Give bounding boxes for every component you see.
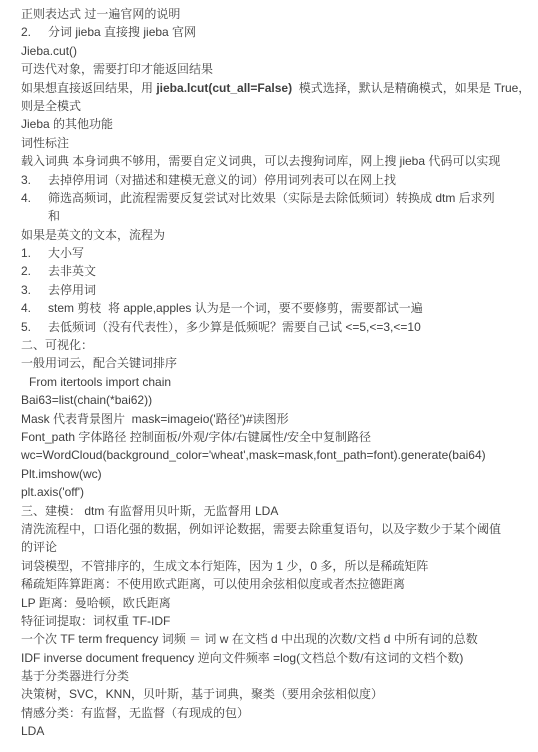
text-line: 清洗流程中，口语化强的数据，例如评论数据，需要去除重复语句，以及字数少于某个阈值 <box>21 520 528 538</box>
text-line: 5.去低频词（没有代表性），多少算是低频呢？需要自己试 <=5,<=3,<=10 <box>21 318 528 336</box>
text-line: Font_path 字体路径 控制面板/外观/字体/右键属性/安全中复制路径 <box>21 428 528 446</box>
text-line: 1.大小写 <box>21 244 528 262</box>
text-line: 4.筛选高频词，此流程需要反复尝试对比效果（实际是去除低频词）转换成 dtm 后… <box>21 189 528 207</box>
text-line: 3.去掉停用词（对描述和建模无意义的词）停用词列表可以在网上找 <box>21 171 528 189</box>
text-line: 则是全模式 <box>21 97 528 115</box>
document-page: 正则表达式 过一遍官网的说明2.分词 jieba 直接搜 jieba 官网Jie… <box>0 0 538 752</box>
text-segment: 三、建模： dtm 有监督用贝叶斯，无监督用 LDA <box>21 504 278 518</box>
text-segment: 模式选择，默认是精确模式，如果是 True， <box>292 81 530 95</box>
text-line: 三、建模： dtm 有监督用贝叶斯，无监督用 LDA <box>21 502 528 520</box>
text-segment: 一般用词云，配合关键词排序 <box>21 356 177 370</box>
text-line: Plt.imshow(wc) <box>21 465 528 483</box>
text-line: 词袋模型，不管排序的，生成文本行矩阵，因为 1 少，0 多，所以是稀疏矩阵 <box>21 557 528 575</box>
text-line: Mask 代表背景图片 mask=imageio('路径')#读图形 <box>21 410 528 428</box>
text-segment: 可迭代对象，需要打印才能返回结果 <box>21 62 213 76</box>
text-line: 和 <box>21 207 528 225</box>
text-segment: 特征词提取：词权重 TF-IDF <box>21 614 170 628</box>
text-segment: 筛选高频词，此流程需要反复尝试对比效果（实际是去除低频词）转换成 dtm 后求列 <box>48 191 495 205</box>
text-line: wc=WordCloud(background_color='wheat',ma… <box>21 446 528 464</box>
bold-text-segment: jieba.lcut(cut_all=False) <box>156 81 292 95</box>
text-line: 如果想直接返回结果，用 jieba.lcut(cut_all=False) 模式… <box>21 79 528 97</box>
text-line: 的评论 <box>21 538 528 556</box>
text-segment: Plt.imshow(wc) <box>21 467 102 481</box>
text-segment: 去非英文 <box>48 264 96 278</box>
text-line: IDF inverse document frequency 逆向文件频率 =l… <box>21 649 528 667</box>
text-line: 一个次 TF term frequency 词频 ＝ 词 w 在文档 d 中出现… <box>21 630 528 648</box>
text-segment: 去停用词 <box>48 283 96 297</box>
list-number: 4. <box>21 299 48 317</box>
text-segment: Font_path 字体路径 控制面板/外观/字体/右键属性/安全中复制路径 <box>21 430 371 444</box>
text-segment: 情感分类：有监督，无监督（有现成的包） <box>21 706 249 720</box>
text-line: 如果是英文的文本，流程为 <box>21 226 528 244</box>
text-segment: 正则表达式 过一遍官网的说明 <box>21 7 180 21</box>
text-segment: From itertools import chain <box>29 375 171 389</box>
text-segment: 分词 jieba 直接搜 jieba 官网 <box>48 25 196 39</box>
text-segment: LDA <box>21 724 44 738</box>
text-segment: 去掉停用词（对描述和建模无意义的词）停用词列表可以在网上找 <box>48 173 396 187</box>
text-segment: 清洗流程中，口语化强的数据，例如评论数据，需要去除重复语句，以及字数少于某个阈值 <box>21 522 501 536</box>
text-line: 3.去停用词 <box>21 281 528 299</box>
text-segment: 大小写 <box>48 246 84 260</box>
text-line: 基于分类器进行分类 <box>21 667 528 685</box>
text-segment: 稀疏矩阵算距离：不使用欧式距离，可以使用余弦相似度或者杰拉德距离 <box>21 577 405 591</box>
text-segment: Bai63=list(chain(*bai62)) <box>21 393 152 407</box>
list-number: 3. <box>21 171 48 189</box>
list-number: 1. <box>21 244 48 262</box>
list-number: 2. <box>21 23 48 41</box>
text-segment: 词袋模型，不管排序的，生成文本行矩阵，因为 1 少，0 多，所以是稀疏矩阵 <box>21 559 428 573</box>
text-line: Bai63=list(chain(*bai62)) <box>21 391 528 409</box>
text-line: 决策树，SVC，KNN，贝叶斯，基于词典，聚类（要用余弦相似度） <box>21 685 528 703</box>
text-segment: 如果是英文的文本，流程为 <box>21 228 165 242</box>
text-segment: Jieba.cut() <box>21 44 77 58</box>
text-segment: 的评论 <box>21 540 57 554</box>
text-line: 二、可视化： <box>21 336 528 354</box>
text-segment: LP 距离：曼哈顿，欧氏距离 <box>21 596 171 610</box>
text-segment: IDF inverse document frequency 逆向文件频率 =l… <box>21 651 463 665</box>
text-segment: wc=WordCloud(background_color='wheat',ma… <box>21 448 486 462</box>
text-segment: plt.axis('off') <box>21 485 84 499</box>
text-segment: 词性标注 <box>21 136 69 150</box>
text-segment: 一个次 TF term frequency 词频 ＝ 词 w 在文档 d 中出现… <box>21 632 478 646</box>
text-segment: 基于分类器进行分类 <box>21 669 129 683</box>
text-line: 稀疏矩阵算距离：不使用欧式距离，可以使用余弦相似度或者杰拉德距离 <box>21 575 528 593</box>
list-number: 2. <box>21 262 48 280</box>
list-number: 3. <box>21 281 48 299</box>
text-line: From itertools import chain <box>21 373 528 391</box>
text-line: 一般用词云，配合关键词排序 <box>21 354 528 372</box>
text-line: 载入词典 本身词典不够用，需要自定义词典，可以去搜狗词库，网上搜 jieba 代… <box>21 152 528 170</box>
text-line: 2.去非英文 <box>21 262 528 280</box>
text-line: 4.stem 剪枝 将 apple,apples 认为是一个词，要不要修剪，需要… <box>21 299 528 317</box>
text-line: LDA <box>21 722 528 740</box>
text-segment: Mask 代表背景图片 mask=imageio('路径')#读图形 <box>21 412 289 426</box>
text-segment: Jieba 的其他功能 <box>21 117 113 131</box>
text-line: Jieba 的其他功能 <box>21 115 528 133</box>
text-segment: 二、可视化： <box>21 338 93 352</box>
text-line: 词性标注 <box>21 134 528 152</box>
text-line: LP 距离：曼哈顿，欧氏距离 <box>21 594 528 612</box>
text-segment: 如果想直接返回结果，用 <box>21 81 156 95</box>
text-line: plt.axis('off') <box>21 483 528 501</box>
text-line: 可迭代对象，需要打印才能返回结果 <box>21 60 528 78</box>
text-segment: 去低频词（没有代表性），多少算是低频呢？需要自己试 <=5,<=3,<=10 <box>48 320 421 334</box>
text-segment: 决策树，SVC，KNN，贝叶斯，基于词典，聚类（要用余弦相似度） <box>21 687 383 701</box>
text-line: Jieba.cut() <box>21 42 528 60</box>
text-segment: stem 剪枝 将 apple,apples 认为是一个词，要不要修剪，需要都试… <box>48 301 423 315</box>
list-number: 4. <box>21 189 48 207</box>
list-number: 5. <box>21 318 48 336</box>
text-line: 正则表达式 过一遍官网的说明 <box>21 5 528 23</box>
text-line: 2.分词 jieba 直接搜 jieba 官网 <box>21 23 528 41</box>
text-segment: 载入词典 本身词典不够用，需要自定义词典，可以去搜狗词库，网上搜 jieba 代… <box>21 154 500 168</box>
text-segment: 和 <box>48 209 60 223</box>
text-segment: 则是全模式 <box>21 99 81 113</box>
text-line: 特征词提取：词权重 TF-IDF <box>21 612 528 630</box>
text-line: 情感分类：有监督，无监督（有现成的包） <box>21 704 528 722</box>
